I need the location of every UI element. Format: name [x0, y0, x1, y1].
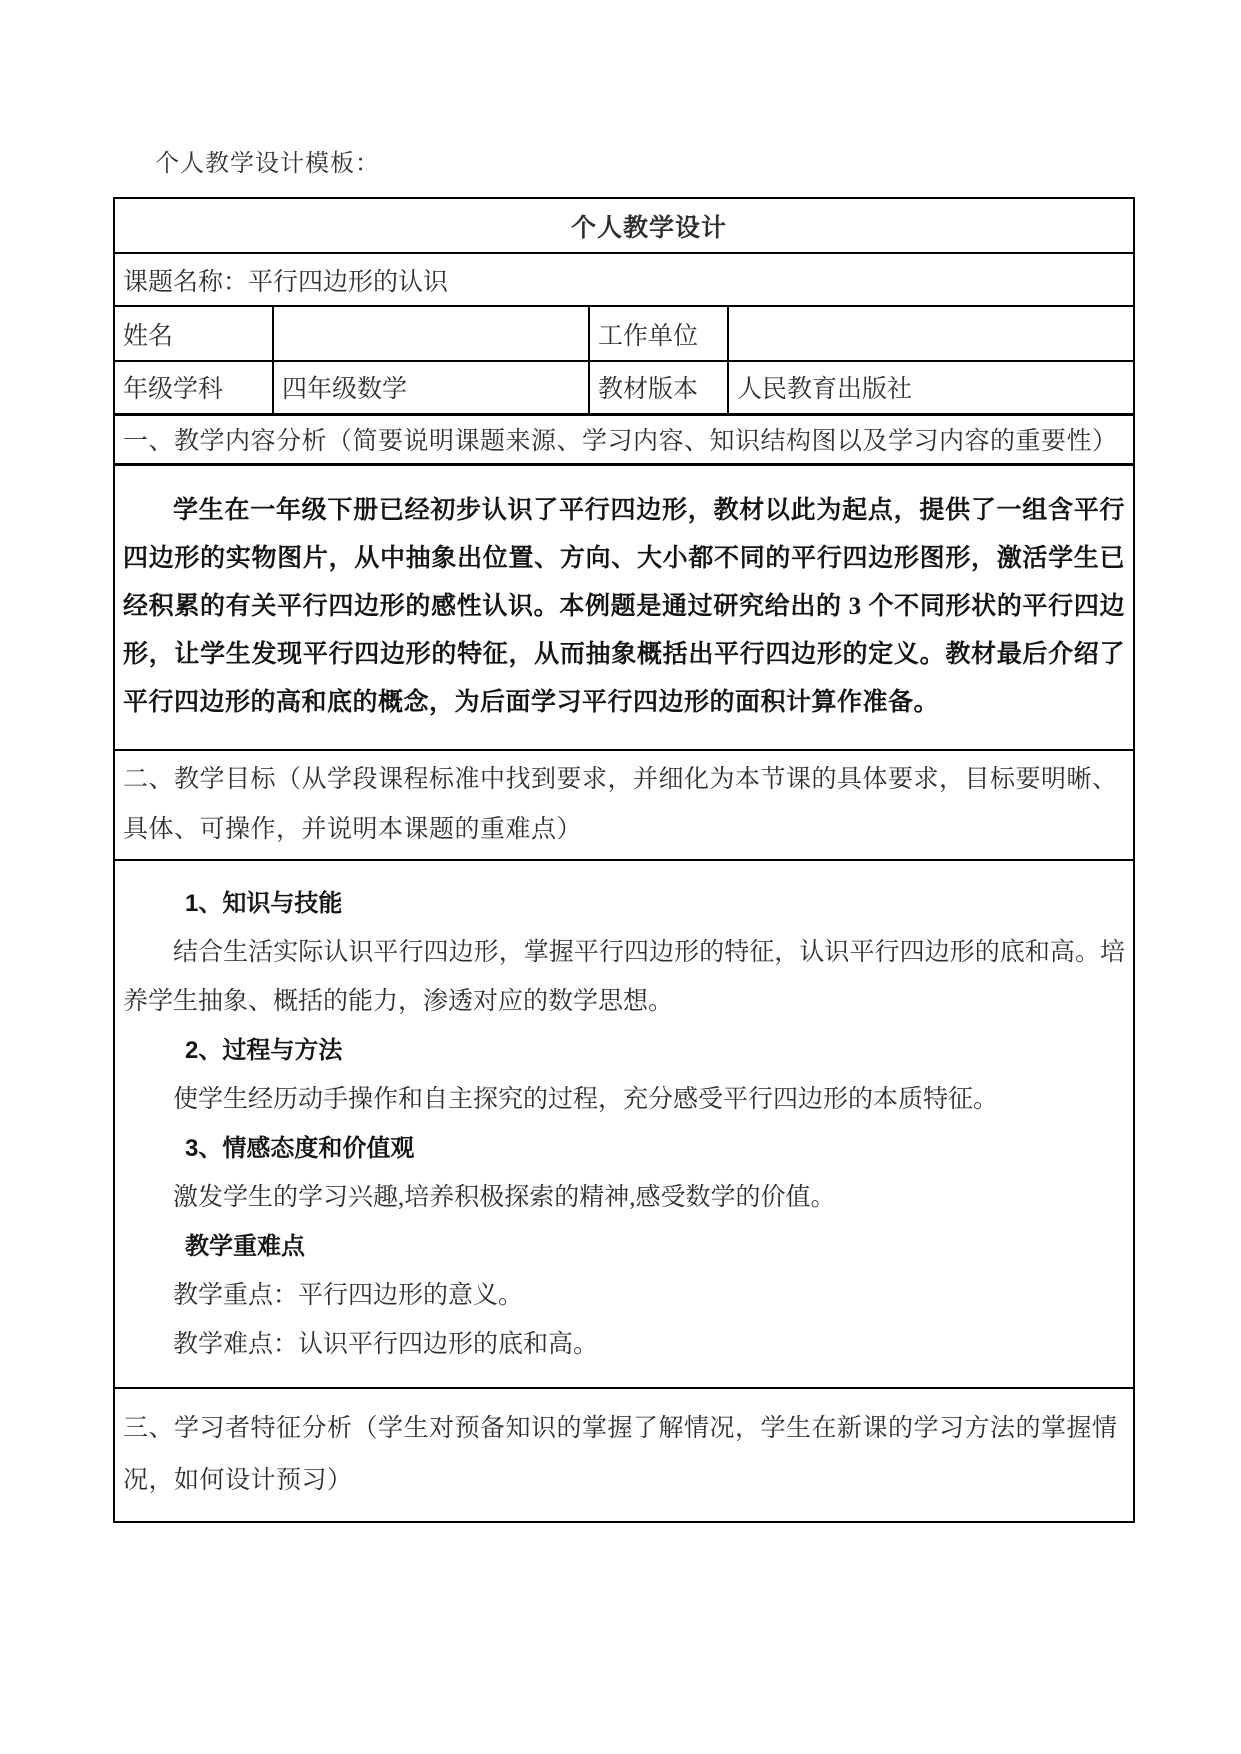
org-value-cell [728, 306, 1134, 361]
table-row-section1-content: 学生在一年级下册已经初步认识了平行四边形，教材以此为起点，提供了一组含平行四边形… [114, 464, 1134, 750]
course-name-cell: 课题名称：平行四边形的认识 [114, 253, 1134, 306]
section1-content-cell: 学生在一年级下册已经初步认识了平行四边形，教材以此为起点，提供了一组含平行四边形… [114, 464, 1134, 750]
name-value-cell [273, 306, 589, 361]
table-row-header: 个人教学设计 [114, 198, 1134, 253]
grade-value-cell: 四年级数学 [273, 361, 589, 414]
goal-subheading-emotion: 3、情感态度和价值观 [123, 1124, 1125, 1173]
teaching-key-point: 教学重点：平行四边形的意义。 [123, 1271, 1125, 1320]
table-row-section3-heading: 三、学习者特征分析（学生对预备知识的掌握了解情况，学生在新课的学习方法的掌握情况… [114, 1388, 1134, 1522]
section3-heading: 三、学习者特征分析（学生对预备知识的掌握了解情况，学生在新课的学习方法的掌握情况… [114, 1388, 1134, 1522]
table-row-name-org: 姓名 工作单位 [114, 306, 1134, 361]
teaching-difficult-point: 教学难点：认识平行四边形的底和高。 [123, 1320, 1125, 1369]
teaching-design-table: 个人教学设计 课题名称：平行四边形的认识 姓名 工作单位 年级学科 四年级数学 … [113, 197, 1135, 1523]
section2-content-cell: 1、知识与技能 结合生活实际认识平行四边形，掌握平行四边形的特征，认识平行四边形… [114, 860, 1134, 1388]
name-label: 姓名 [114, 306, 273, 361]
content-analysis-paragraph: 学生在一年级下册已经初步认识了平行四边形，教材以此为起点，提供了一组含平行四边形… [123, 487, 1125, 727]
goal-paragraph-emotion: 激发学生的学习兴趣,培养积极探索的精神,感受数学的价值。 [123, 1173, 1125, 1222]
grade-label: 年级学科 [114, 361, 273, 414]
table-row-course: 课题名称：平行四边形的认识 [114, 253, 1134, 306]
table-row-section1-heading: 一、教学内容分析（简要说明课题来源、学习内容、知识结构图以及学习内容的重要性） [114, 414, 1134, 464]
document-page: { "page": { "title": "个人教学设计模板：" }, "tab… [0, 0, 1241, 1754]
goal-subheading-process: 2、过程与方法 [123, 1026, 1125, 1075]
goal-paragraph-knowledge: 结合生活实际认识平行四边形，掌握平行四边形的特征，认识平行四边形的底和高。培养学… [123, 928, 1125, 1026]
goal-paragraph-process: 使学生经历动手操作和自主探究的过程，充分感受平行四边形的本质特征。 [123, 1075, 1125, 1124]
org-label: 工作单位 [589, 306, 728, 361]
section2-heading: 二、教学目标（从学段课程标准中找到要求，并细化为本节课的具体要求，目标要明晰、具… [114, 750, 1134, 860]
section1-heading: 一、教学内容分析（简要说明课题来源、学习内容、知识结构图以及学习内容的重要性） [114, 414, 1134, 464]
publisher-label: 教材版本 [589, 361, 728, 414]
publisher-value-cell: 人民教育出版社 [728, 361, 1134, 414]
table-row-section2-heading: 二、教学目标（从学段课程标准中找到要求，并细化为本节课的具体要求，目标要明晰、具… [114, 750, 1134, 860]
table-title: 个人教学设计 [114, 198, 1134, 253]
table-row-grade-publisher: 年级学科 四年级数学 教材版本 人民教育出版社 [114, 361, 1134, 414]
key-points-subheading: 教学重难点 [123, 1222, 1125, 1271]
page-title: 个人教学设计模板： [155, 143, 380, 178]
goal-subheading-knowledge: 1、知识与技能 [123, 879, 1125, 928]
table-row-section2-content: 1、知识与技能 结合生活实际认识平行四边形，掌握平行四边形的特征，认识平行四边形… [114, 860, 1134, 1388]
